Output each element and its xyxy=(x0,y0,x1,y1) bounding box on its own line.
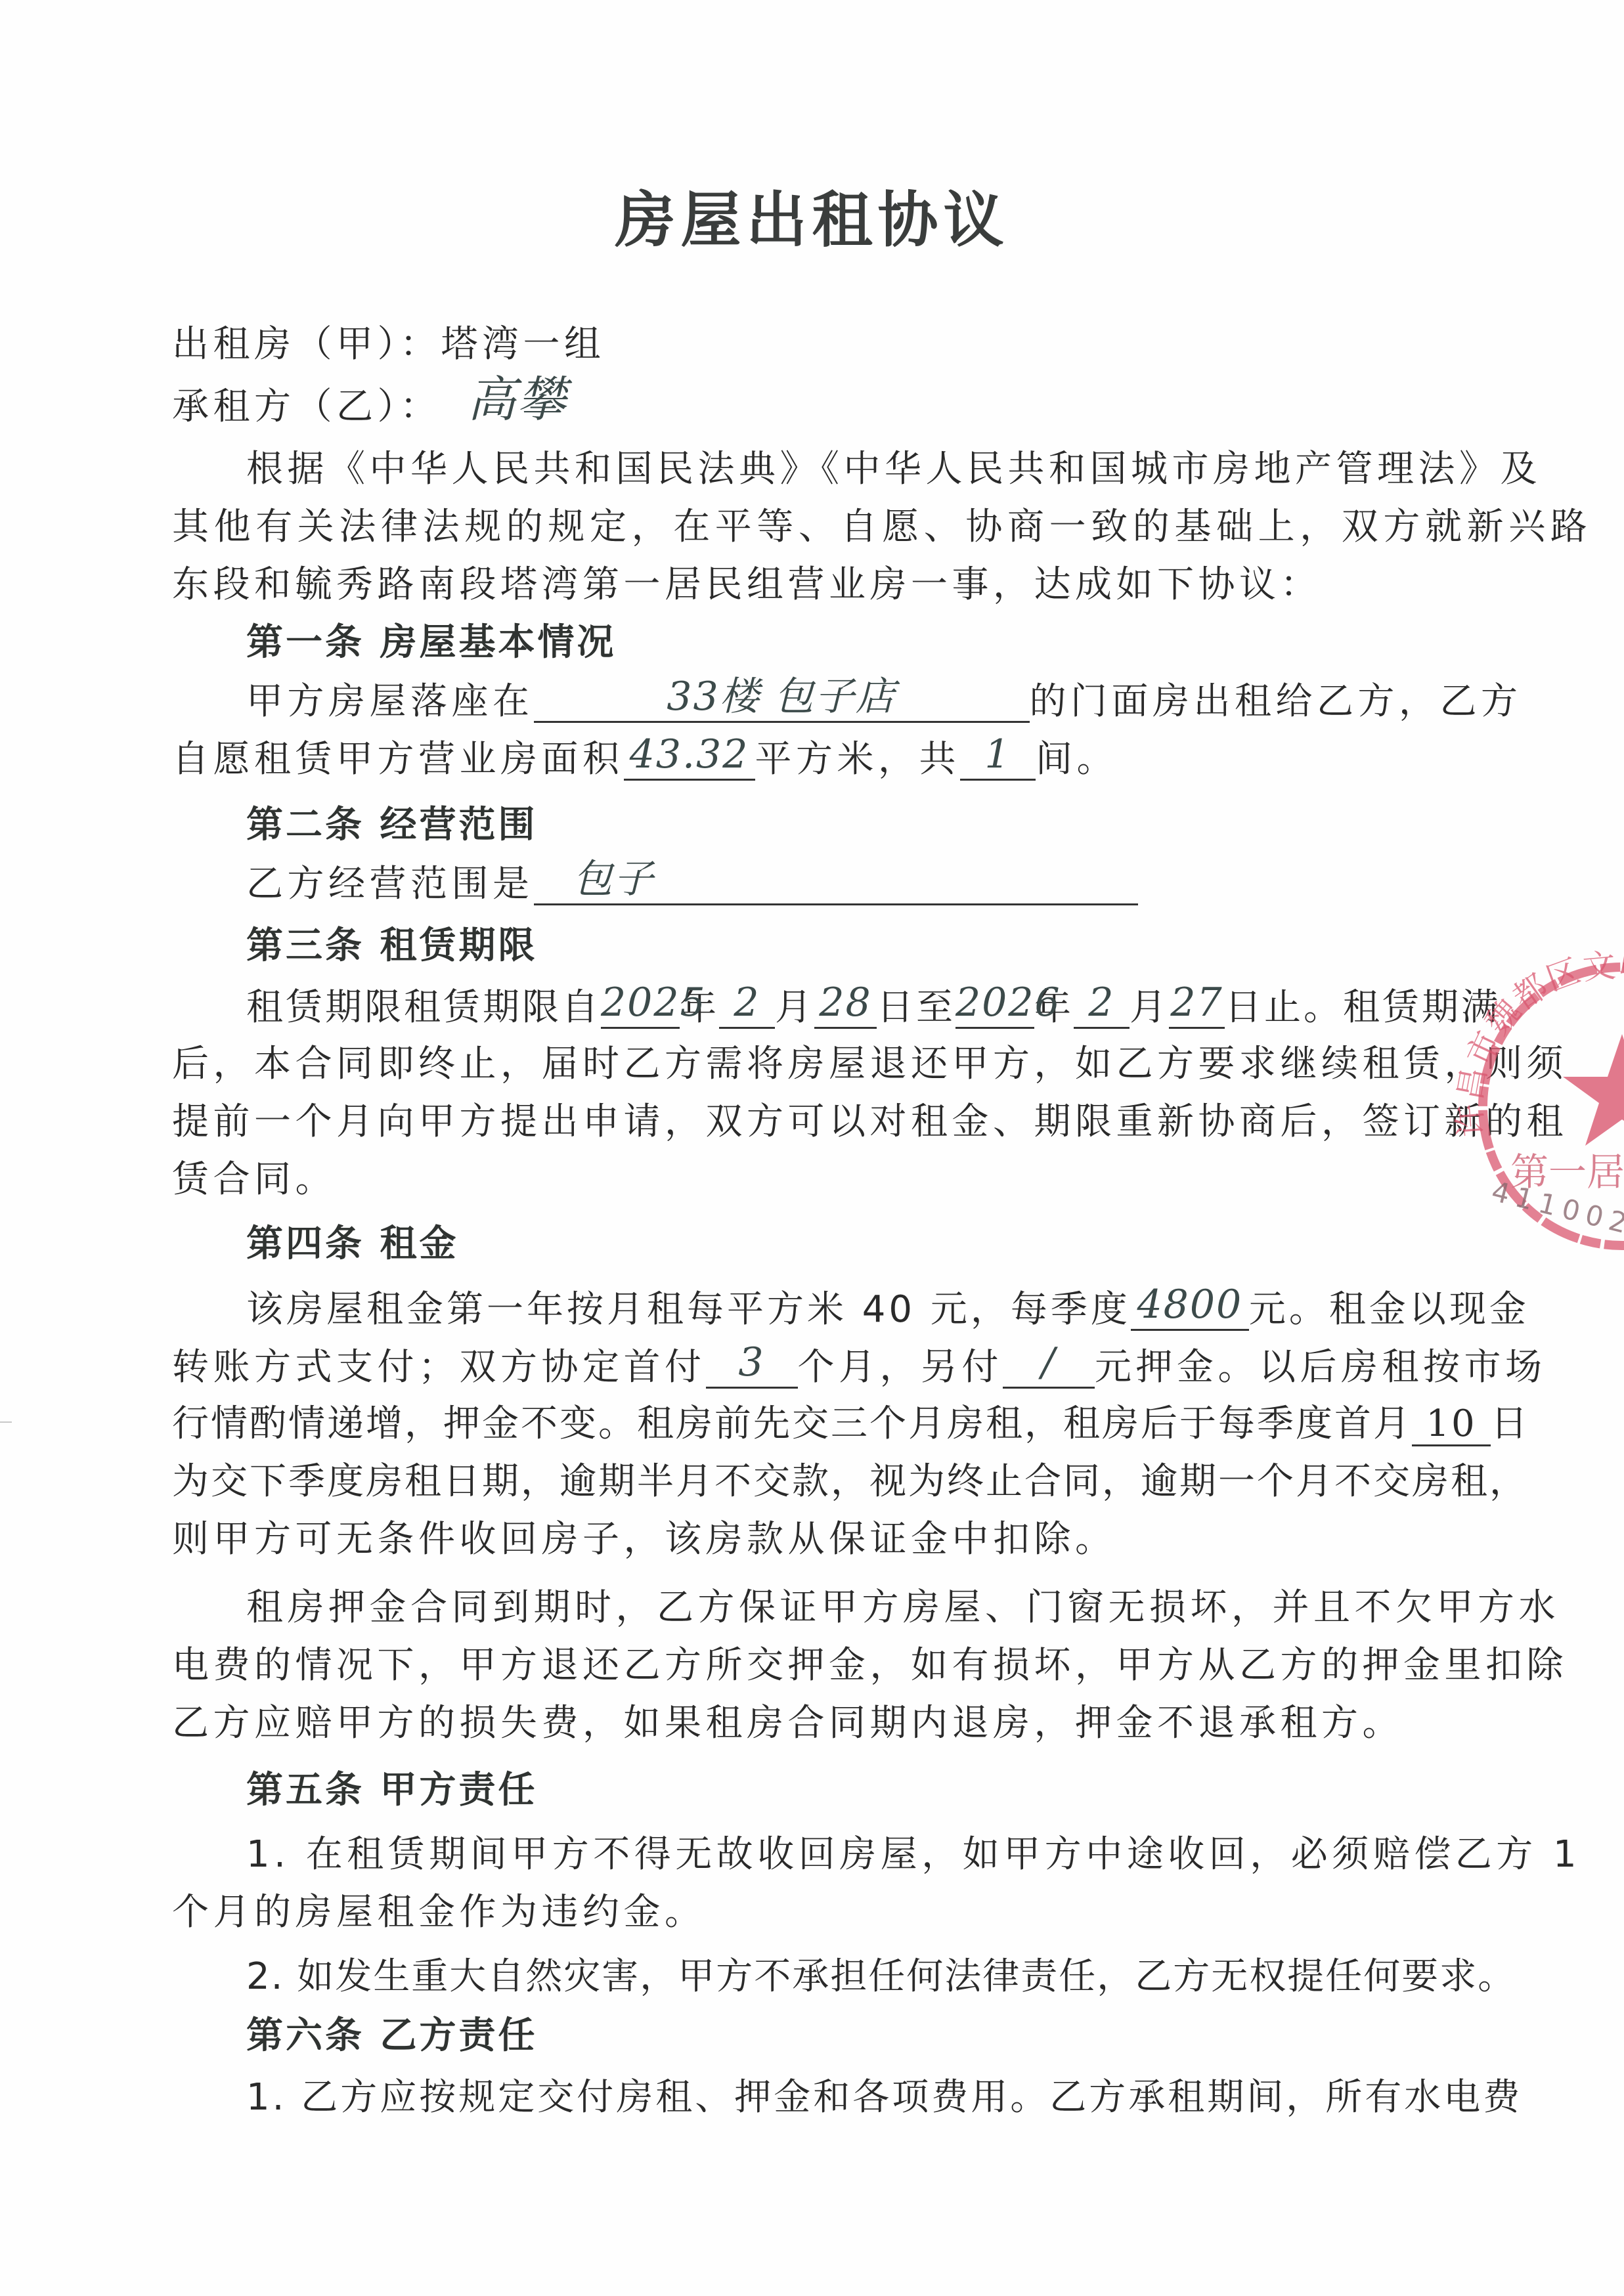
article-2-heading: 第二条 经营范围 xyxy=(246,802,1533,848)
article-4-line-1: 该房屋租金第一年按月租每平方米 40 元，每季度4800元。租金以现金 xyxy=(246,1286,1533,1333)
official-seal: 许昌市魏都区文峰街道办事处 第一居民 41100200 xyxy=(1445,965,1624,1247)
end-day-value: 27 xyxy=(1170,980,1223,1026)
start-year-field: 2025 xyxy=(601,984,680,1029)
end-day-field: 27 xyxy=(1169,984,1225,1029)
lessor-value: 塔湾一组 xyxy=(441,323,605,366)
rooms-field: 1 xyxy=(960,735,1036,781)
start-month-value: 2 xyxy=(734,980,760,1026)
scope-prefix: 乙方经营范围是 xyxy=(246,863,534,905)
area-prefix: 自愿租赁甲方营业房面积 xyxy=(172,738,624,781)
area-unit: 平方米，共 xyxy=(755,738,961,781)
first-payment-prefix: 转账方式支付；双方协定首付 xyxy=(172,1346,706,1389)
preamble-line-2: 其他有关法律法规的规定，在平等、自愿、协商一致的基础上，双方就新兴路 xyxy=(172,504,1459,550)
term-prefix: 租赁期限租赁期限自 xyxy=(246,986,601,1029)
article-1-heading: 第一条 房屋基本情况 xyxy=(246,620,1533,666)
first-payment-unit: 个月，另付 xyxy=(798,1346,1003,1389)
article-5-heading: 第五条 甲方责任 xyxy=(246,1767,1533,1813)
area-field: 43.32 xyxy=(624,735,755,781)
article-1-line-1: 甲方房屋落座在33楼 包子店的门面房出租给乙方，乙方 xyxy=(246,678,1533,725)
end-year-value: 2026 xyxy=(955,980,1061,1026)
article-4-heading: 第四条 租金 xyxy=(246,1221,1533,1267)
rent-prefix: 该房屋租金第一年按月租每平方米 40 元，每季度 xyxy=(246,1288,1131,1331)
article-3-line-4: 赁合同。 xyxy=(172,1157,1459,1203)
article-4-line-4: 为交下季度房租日期，逾期半月不交款，视为终止合同，逾期一个月不交房租， xyxy=(172,1459,1459,1505)
scope-field: 包子 xyxy=(534,860,1138,905)
article-5-item-2: 2. 如发生重大自然灾害，甲方不承担任何法律责任，乙方无权提任何要求。 xyxy=(246,1954,1533,2000)
article-1-line-2: 自愿租赁甲方营业房面积43.32平方米，共1间。 xyxy=(172,735,1459,783)
article-1-prefix: 甲方房屋落座在 xyxy=(246,680,534,723)
seal-icon: 许昌市魏都区文峰街道办事处 第一居民 41100200 xyxy=(1445,965,1624,1247)
article-3-line-3: 提前一个月向甲方提出申请，双方可以对租金、期限重新协商后，签订新的租 xyxy=(172,1099,1459,1145)
article-5-item-1-line-1: 1. 在租赁期间甲方不得无故收回房屋，如甲方中途收回，必须赔偿乙方 1 xyxy=(246,1832,1533,1878)
deposit-suffix: 元押金。以后房租按市场 xyxy=(1095,1346,1547,1389)
lessor-line: 出租房（甲）：塔湾一组 xyxy=(172,322,1459,368)
deposit-value: / xyxy=(1042,1339,1056,1385)
lessee-signature: 高攀 xyxy=(468,372,567,428)
rent-suffix: 元。租金以现金 xyxy=(1249,1288,1529,1331)
lessee-label: 承租方（乙）： xyxy=(172,385,441,428)
article-3-line-1: 租赁期限租赁期限自2025年2月28日至2026年2月27日止。租赁期满 xyxy=(246,984,1533,1031)
article-4-line-5: 则甲方可无条件收回房子，该房款从保证金中扣除。 xyxy=(172,1517,1459,1563)
location-field: 33楼 包子店 xyxy=(534,678,1030,723)
quarterly-rent-value: 4800 xyxy=(1137,1282,1243,1328)
start-year-value: 2025 xyxy=(601,980,707,1026)
document-title: 房屋出租协议 xyxy=(0,172,1624,259)
first-payment-value: 3 xyxy=(738,1339,764,1385)
deposit-field: / xyxy=(1003,1343,1095,1389)
end-month-field: 2 xyxy=(1074,984,1130,1029)
article-3-line-2: 后，本合同即终止，届时乙方需将房屋退还甲方，如乙方要求继续租赁，则须 xyxy=(172,1041,1459,1087)
day-to-label: 日至 xyxy=(877,986,955,1029)
end-year-field: 2026 xyxy=(955,984,1034,1029)
rooms-value: 1 xyxy=(984,731,1011,777)
start-day-field: 28 xyxy=(814,984,877,1029)
seal-arc-text: 许昌市魏都区文峰街道办事处 xyxy=(1428,935,1624,1138)
due-day-field: 10 xyxy=(1412,1401,1491,1446)
document-page: 房屋出租协议 出租房（甲）：塔湾一组 承租方（乙）：高攀 根据《中华人民共和国民… xyxy=(0,0,1624,2296)
month-label: 月 xyxy=(775,986,814,1029)
location-value: 33楼 包子店 xyxy=(667,674,896,720)
article-6-heading: 第六条 乙方责任 xyxy=(246,2013,1533,2059)
rooms-suffix: 间。 xyxy=(1036,738,1118,781)
scan-mark xyxy=(0,1421,12,1423)
start-month-field: 2 xyxy=(719,984,775,1029)
article-4-para2-line-3: 乙方应赔甲方的损失费，如果租房合同期内退房，押金不退承租方。 xyxy=(172,1700,1459,1746)
article-2-line: 乙方经营范围是包子 xyxy=(246,860,1533,907)
article-4-para2-line-2: 电费的情况下，甲方退还乙方所交押金，如有损坏，甲方从乙方的押金里扣除 xyxy=(172,1643,1459,1689)
svg-text:许昌市魏都区文峰街道办事处: 许昌市魏都区文峰街道办事处 xyxy=(1428,935,1624,1138)
first-payment-field: 3 xyxy=(706,1343,798,1389)
preamble-line-1: 根据《中华人民共和国民法典》《中华人民共和国城市房地产管理法》及 xyxy=(246,446,1533,492)
article-1-suffix: 的门面房出租给乙方，乙方 xyxy=(1030,680,1522,723)
lessor-label: 出租房（甲）： xyxy=(172,323,441,366)
lessee-line: 承租方（乙）：高攀 xyxy=(172,379,1459,430)
article-4-line-2: 转账方式支付；双方协定首付3个月，另付/元押金。以后房租按市场 xyxy=(172,1343,1459,1391)
end-month-value: 2 xyxy=(1088,980,1114,1026)
due-day-value: 10 xyxy=(1426,1402,1476,1445)
area-value: 43.32 xyxy=(630,731,749,777)
article-5-item-1-line-2: 个月的房屋租金作为违约金。 xyxy=(172,1890,1459,1936)
article-3-heading: 第三条 租赁期限 xyxy=(246,923,1533,969)
month-label: 月 xyxy=(1130,986,1169,1029)
scope-value: 包子 xyxy=(573,856,655,902)
due-day-prefix: 行情酌情递增，押金不变。租房前先交三个月房租，租房后于每季度首月 xyxy=(172,1402,1412,1445)
start-day-value: 28 xyxy=(819,980,871,1026)
article-6-item-1: 1. 乙方应按规定交付房租、押金和各项费用。乙方承租期间，所有水电费 xyxy=(246,2075,1533,2121)
due-day-suffix: 日 xyxy=(1491,1402,1529,1445)
article-4-line-3: 行情酌情递增，押金不变。租房前先交三个月房租，租房后于每季度首月10日 xyxy=(172,1401,1459,1447)
preamble-line-3: 东段和毓秀路南段塔湾第一居民组营业房一事，达成如下协议： xyxy=(172,562,1459,608)
quarterly-rent-field: 4800 xyxy=(1131,1286,1249,1331)
article-4-para2-line-1: 租房押金合同到期时，乙方保证甲方房屋、门窗无损坏，并且不欠甲方水 xyxy=(246,1585,1533,1631)
